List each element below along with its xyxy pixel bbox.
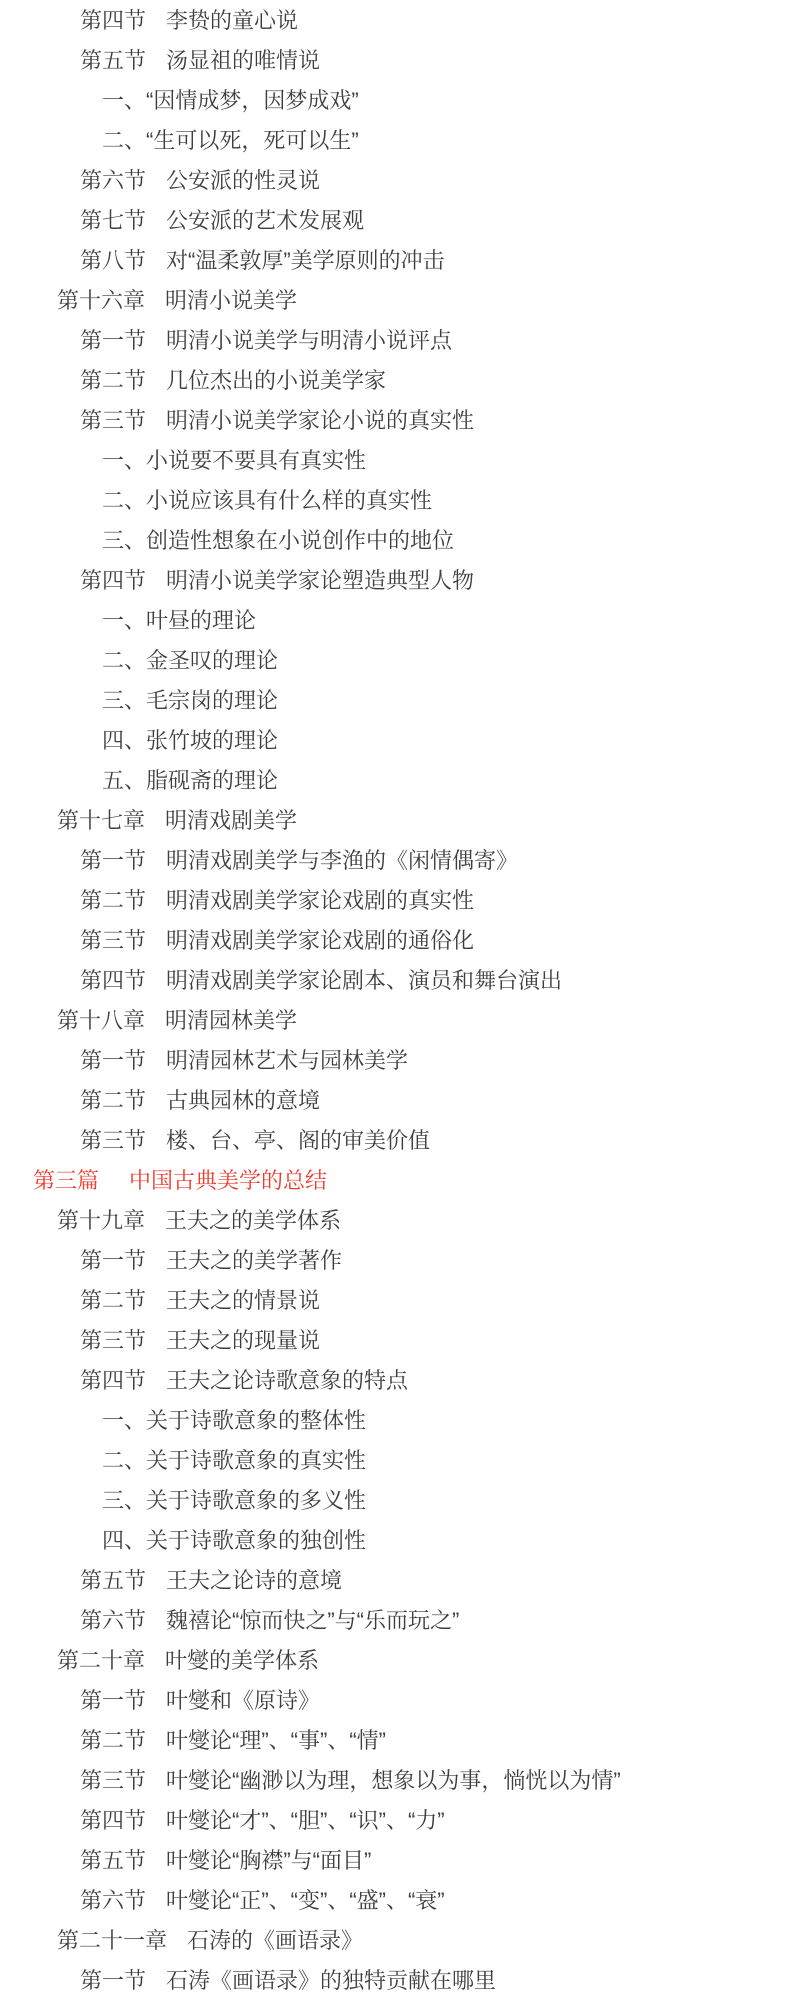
toc-list: 第四节李贽的童心说 第五节汤显祖的唯情说 一、“因情成梦，因梦成戏” 二、“生可… (0, 1, 790, 1999)
toc-entry-label: 第三节 (80, 921, 146, 961)
toc-entry-label: 二、 (102, 121, 146, 161)
toc-entry: 第三节楼、台、亭、阁的审美价值 (0, 1121, 790, 1161)
toc-entry-label: 第二十一章 (57, 1921, 167, 1961)
toc-entry: 第三节明清戏剧美学家论戏剧的通俗化 (0, 921, 790, 961)
toc-entry: 第五节叶燮论“胸襟”与“面目” (0, 1841, 790, 1881)
toc-entry-label: 第一节 (80, 1681, 146, 1721)
toc-entry: 第二十章叶燮的美学体系 (0, 1641, 790, 1681)
toc-entry-label: 五、 (102, 761, 146, 801)
toc-entry: 第四节李贽的童心说 (0, 1, 790, 41)
toc-entry-label: 第三节 (80, 1761, 146, 1801)
toc-entry: 三、创造性想象在小说创作中的地位 (0, 521, 790, 561)
toc-entry-label: 第七节 (80, 201, 146, 241)
toc-entry-title: 李贽的童心说 (166, 1, 298, 41)
toc-entry-label: 第二节 (80, 1081, 146, 1121)
toc-entry: 第一节明清园林艺术与园林美学 (0, 1041, 790, 1081)
toc-entry: 第四节王夫之论诗歌意象的特点 (0, 1361, 790, 1401)
toc-entry: 第七节公安派的艺术发展观 (0, 201, 790, 241)
toc-entry: 第十九章王夫之的美学体系 (0, 1201, 790, 1241)
toc-entry-title: 叶燮论“幽渺以为理，想象以为事，惝恍以为情” (166, 1761, 621, 1801)
toc-entry-label: 第二节 (80, 881, 146, 921)
toc-entry-title: 明清戏剧美学 (165, 801, 297, 841)
toc-entry-title: 明清戏剧美学家论戏剧的真实性 (166, 881, 474, 921)
toc-entry-label: 三、 (102, 681, 146, 721)
toc-entry-title: 公安派的性灵说 (166, 161, 320, 201)
toc-entry-title: 明清小说美学家论塑造典型人物 (166, 561, 474, 601)
toc-entry-title: 古典园林的意境 (166, 1081, 320, 1121)
toc-entry-title: 石涛的《画语录》 (187, 1921, 363, 1961)
toc-entry-title: 叶燮论“正”、“变”、“盛”、“衰” (166, 1881, 445, 1921)
toc-entry-title: 明清小说美学与明清小说评点 (166, 321, 452, 361)
toc-entry-label: 第二十章 (57, 1641, 145, 1681)
toc-entry: 二、小说应该具有什么样的真实性 (0, 481, 790, 521)
toc-entry-title: 王夫之的现量说 (166, 1321, 320, 1361)
toc-entry-title: 明清小说美学家论小说的真实性 (166, 401, 474, 441)
toc-entry: 四、张竹坡的理论 (0, 721, 790, 761)
toc-entry-label: 第十七章 (57, 801, 145, 841)
toc-entry-title: 汤显祖的唯情说 (166, 41, 320, 81)
toc-entry-label: 三、 (102, 1481, 146, 1521)
toc-entry-title: 王夫之论诗的意境 (166, 1561, 342, 1601)
toc-entry-title: 叶燮论“理”、“事”、“情” (166, 1721, 386, 1761)
toc-entry: 二、“生可以死，死可以生” (0, 121, 790, 161)
toc-entry-label: 一、 (102, 1401, 146, 1441)
toc-entry: 第五节汤显祖的唯情说 (0, 41, 790, 81)
toc-entry: 第三节明清小说美学家论小说的真实性 (0, 401, 790, 441)
toc-entry-label: 第二节 (80, 1281, 146, 1321)
toc-entry-title: 小说要不要具有真实性 (146, 441, 366, 481)
toc-entry-title: 关于诗歌意象的独创性 (146, 1521, 366, 1561)
toc-entry-title: 小说应该具有什么样的真实性 (146, 481, 432, 521)
toc-entry-label: 第三节 (80, 401, 146, 441)
toc-entry-label: 二、 (102, 1441, 146, 1481)
toc-entry-title: 脂砚斋的理论 (146, 761, 278, 801)
toc-entry: 一、叶昼的理论 (0, 601, 790, 641)
toc-entry-label: 第一节 (80, 841, 146, 881)
toc-entry: 第八节对“温柔敦厚”美学原则的冲击 (0, 241, 790, 281)
toc-entry-label: 第四节 (80, 561, 146, 601)
toc-entry: 第四节明清小说美学家论塑造典型人物 (0, 561, 790, 601)
toc-entry-title: 王夫之的美学著作 (166, 1241, 342, 1281)
toc-entry-label: 第六节 (80, 161, 146, 201)
toc-entry-label: 第一节 (80, 1041, 146, 1081)
toc-entry-title: 明清园林艺术与园林美学 (166, 1041, 408, 1081)
toc-entry-label: 第五节 (80, 1561, 146, 1601)
toc-entry-label: 一、 (102, 601, 146, 641)
toc-entry-label: 四、 (102, 1521, 146, 1561)
toc-entry: 第三节王夫之的现量说 (0, 1321, 790, 1361)
toc-entry-label: 第五节 (80, 41, 146, 81)
toc-entry-label: 第三节 (80, 1121, 146, 1161)
toc-entry-label: 第四节 (80, 1801, 146, 1841)
toc-entry: 第三节叶燮论“幽渺以为理，想象以为事，惝恍以为情” (0, 1761, 790, 1801)
toc-entry-title: 明清戏剧美学家论剧本、演员和舞台演出 (166, 961, 562, 1001)
toc-entry-title: 魏禧论“惊而快之”与“乐而玩之” (166, 1601, 459, 1641)
toc-entry-title: 关于诗歌意象的整体性 (146, 1401, 366, 1441)
toc-entry-title: 对“温柔敦厚”美学原则的冲击 (166, 241, 445, 281)
toc-entry: 三、毛宗岗的理论 (0, 681, 790, 721)
toc-entry: 第一节石涛《画语录》的独特贡献在哪里 (0, 1961, 790, 1999)
toc-entry: 二、关于诗歌意象的真实性 (0, 1441, 790, 1481)
toc-entry: 一、“因情成梦，因梦成戏” (0, 81, 790, 121)
toc-entry: 三、关于诗歌意象的多义性 (0, 1481, 790, 1521)
toc-entry-title: 公安派的艺术发展观 (166, 201, 364, 241)
toc-entry-title: 毛宗岗的理论 (146, 681, 278, 721)
toc-entry-title: 张竹坡的理论 (146, 721, 278, 761)
toc-entry-label: 第十六章 (57, 281, 145, 321)
toc-entry-label: 第五节 (80, 1841, 146, 1881)
toc-entry-title: “生可以死，死可以生” (146, 121, 359, 161)
toc-entry-title: 明清小说美学 (165, 281, 297, 321)
toc-entry: 第二节王夫之的情景说 (0, 1281, 790, 1321)
toc-entry: 一、小说要不要具有真实性 (0, 441, 790, 481)
toc-entry-title: 叶燮论“才”、“胆”、“识”、“力” (166, 1801, 445, 1841)
toc-entry-label: 第二节 (80, 1721, 146, 1761)
toc-entry-label: 第一节 (80, 1961, 146, 1999)
toc-entry-label: 第四节 (80, 1, 146, 41)
toc-entry: 第四节明清戏剧美学家论剧本、演员和舞台演出 (0, 961, 790, 1001)
toc-entry-label: 第六节 (80, 1601, 146, 1641)
toc-entry: 第六节叶燮论“正”、“变”、“盛”、“衰” (0, 1881, 790, 1921)
toc-entry: 一、关于诗歌意象的整体性 (0, 1401, 790, 1441)
toc-entry: 第三篇中国古典美学的总结 (0, 1161, 790, 1201)
toc-entry-label: 三、 (102, 521, 146, 561)
toc-entry: 第二节叶燮论“理”、“事”、“情” (0, 1721, 790, 1761)
toc-entry: 五、脂砚斋的理论 (0, 761, 790, 801)
toc-entry-label: 第三篇 (33, 1161, 99, 1201)
toc-entry: 第一节明清戏剧美学与李渔的《闲情偶寄》 (0, 841, 790, 881)
toc-entry-label: 第十八章 (57, 1001, 145, 1041)
toc-entry-label: 四、 (102, 721, 146, 761)
toc-entry-title: 几位杰出的小说美学家 (166, 361, 386, 401)
toc-entry: 第十六章明清小说美学 (0, 281, 790, 321)
toc-entry: 第十七章明清戏剧美学 (0, 801, 790, 841)
toc-entry-label: 第四节 (80, 1361, 146, 1401)
toc-entry-label: 一、 (102, 81, 146, 121)
toc-entry-title: 王夫之论诗歌意象的特点 (166, 1361, 408, 1401)
toc-entry: 二、金圣叹的理论 (0, 641, 790, 681)
toc-entry-title: 叶燮的美学体系 (165, 1641, 319, 1681)
toc-entry-title: 叶燮和《原诗》 (166, 1681, 320, 1721)
toc-entry-label: 二、 (102, 481, 146, 521)
toc-entry-title: 王夫之的情景说 (166, 1281, 320, 1321)
toc-entry: 第二节几位杰出的小说美学家 (0, 361, 790, 401)
toc-entry-label: 第八节 (80, 241, 146, 281)
toc-entry: 第六节魏禧论“惊而快之”与“乐而玩之” (0, 1601, 790, 1641)
toc-entry-label: 一、 (102, 441, 146, 481)
toc-entry: 第二节古典园林的意境 (0, 1081, 790, 1121)
toc-entry-title: 关于诗歌意象的真实性 (146, 1441, 366, 1481)
toc-entry-label: 第二节 (80, 361, 146, 401)
toc-entry: 第二十一章石涛的《画语录》 (0, 1921, 790, 1961)
toc-entry: 第一节王夫之的美学著作 (0, 1241, 790, 1281)
toc-entry: 第十八章明清园林美学 (0, 1001, 790, 1041)
toc-entry-label: 第十九章 (57, 1201, 145, 1241)
toc-entry-title: 创造性想象在小说创作中的地位 (146, 521, 454, 561)
toc-entry-label: 二、 (102, 641, 146, 681)
toc-entry-label: 第六节 (80, 1881, 146, 1921)
toc-entry: 四、关于诗歌意象的独创性 (0, 1521, 790, 1561)
toc-entry-title: 石涛《画语录》的独特贡献在哪里 (166, 1961, 496, 1999)
toc-entry-title: “因情成梦，因梦成戏” (146, 81, 359, 121)
toc-entry: 第五节王夫之论诗的意境 (0, 1561, 790, 1601)
toc-entry: 第一节明清小说美学与明清小说评点 (0, 321, 790, 361)
toc-entry-label: 第一节 (80, 1241, 146, 1281)
toc-entry-label: 第三节 (80, 1321, 146, 1361)
toc-entry-title: 明清戏剧美学家论戏剧的通俗化 (166, 921, 474, 961)
toc-entry-title: 楼、台、亭、阁的审美价值 (166, 1121, 430, 1161)
toc-entry-title: 关于诗歌意象的多义性 (146, 1481, 366, 1521)
toc-entry-title: 金圣叹的理论 (146, 641, 278, 681)
toc-entry: 第二节明清戏剧美学家论戏剧的真实性 (0, 881, 790, 921)
toc-page: 第四节李贽的童心说 第五节汤显祖的唯情说 一、“因情成梦，因梦成戏” 二、“生可… (0, 0, 790, 1999)
toc-entry-title: 明清戏剧美学与李渔的《闲情偶寄》 (166, 841, 518, 881)
toc-entry: 第六节公安派的性灵说 (0, 161, 790, 201)
toc-entry-title: 王夫之的美学体系 (165, 1201, 341, 1241)
toc-entry-title: 中国古典美学的总结 (129, 1161, 327, 1201)
toc-entry-label: 第四节 (80, 961, 146, 1001)
toc-entry-title: 叶昼的理论 (146, 601, 256, 641)
toc-entry: 第四节叶燮论“才”、“胆”、“识”、“力” (0, 1801, 790, 1841)
toc-entry-title: 叶燮论“胸襟”与“面目” (166, 1841, 371, 1881)
toc-entry-title: 明清园林美学 (165, 1001, 297, 1041)
toc-entry: 第一节叶燮和《原诗》 (0, 1681, 790, 1721)
toc-entry-label: 第一节 (80, 321, 146, 361)
